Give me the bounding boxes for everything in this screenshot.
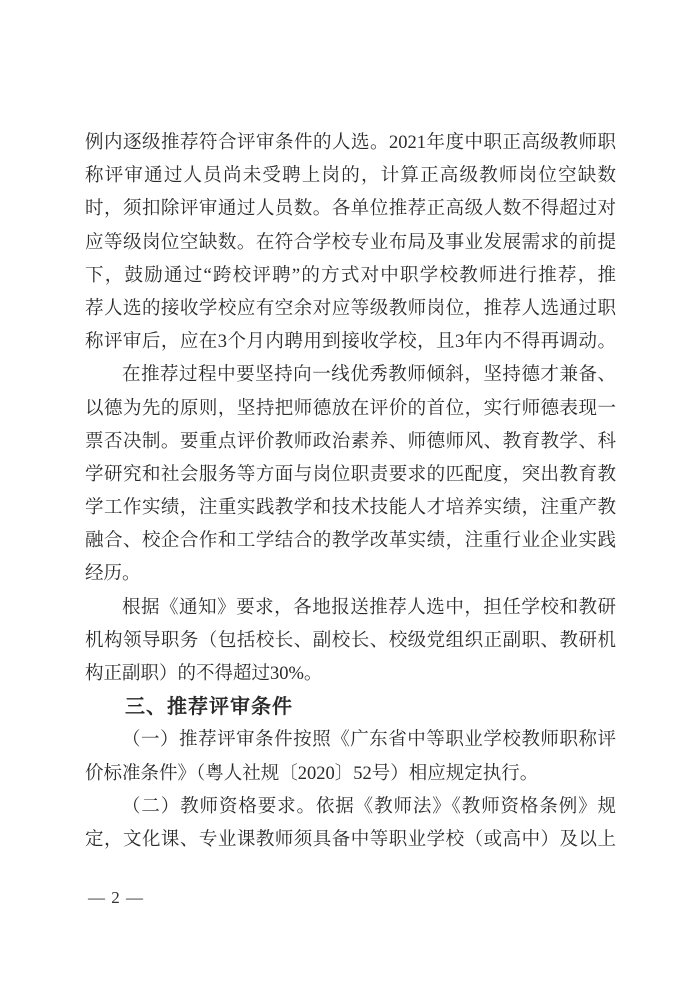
text-line: 下，鼓励通过“跨校评聘”的方式对中职学校教师进行推荐，推 (85, 260, 616, 293)
text-line: 荐人选的接收学校应有空余对应等级教师岗位，推荐人选通过职 (85, 293, 616, 326)
page-number: — 2 — (88, 888, 144, 908)
text-line: 机构领导职务（包括校长、副校长、校级党组织正副职、教研机 (85, 625, 616, 658)
text-line: 时，须扣除评审通过人员数。各单位推荐正高级人数不得超过对 (85, 193, 616, 226)
text-line: 称评审通过人员尚未受聘上岗的，计算正高级教师岗位空缺数 (85, 160, 616, 193)
text-line: 价标准条件》（粤人社规〔2020〕52号）相应规定执行。 (85, 758, 616, 791)
text-line: 经历。 (85, 558, 616, 591)
text-line: 例内逐级推荐符合评审条件的人选。2021年度中职正高级教师职 (85, 127, 616, 160)
text-line: 融合、校企合作和工学结合的教学改革实绩，注重行业企业实践 (85, 525, 616, 558)
text-line: 构正副职）的不得超过30%。 (85, 658, 616, 691)
text-line: 应等级岗位空缺数。在符合学校专业布局及事业发展需求的前提 (85, 227, 616, 260)
section-heading: 三、推荐评审条件 (85, 691, 616, 724)
document-page: 例内逐级推荐符合评审条件的人选。2021年度中职正高级教师职 称评审通过人员尚未… (0, 0, 700, 990)
text-line: 定，文化课、专业课教师须具备中等职业学校（或高中）及以上 (85, 824, 616, 857)
text-line: 称评审后，应在3个月内聘用到接收学校，且3年内不得再调动。 (85, 326, 616, 359)
text-line: （二）教师资格要求。依据《教师法》《教师资格条例》规 (85, 791, 616, 824)
text-line: 在推荐过程中要坚持向一线优秀教师倾斜，坚持德才兼备、 (85, 359, 616, 392)
text-line: （一）推荐评审条件按照《广东省中等职业学校教师职称评 (85, 724, 616, 757)
text-line: 票否决制。要重点评价教师政治素养、师德师风、教育教学、科 (85, 426, 616, 459)
text-line: 学工作实绩，注重实践教学和技术技能人才培养实绩，注重产教 (85, 492, 616, 525)
document-body: 例内逐级推荐符合评审条件的人选。2021年度中职正高级教师职 称评审通过人员尚未… (85, 127, 616, 857)
text-line: 以德为先的原则，坚持把师德放在评价的首位，实行师德表现一 (85, 393, 616, 426)
text-line: 学研究和社会服务等方面与岗位职责要求的匹配度，突出教育教 (85, 459, 616, 492)
text-line: 根据《通知》要求，各地报送推荐人选中，担任学校和教研 (85, 592, 616, 625)
